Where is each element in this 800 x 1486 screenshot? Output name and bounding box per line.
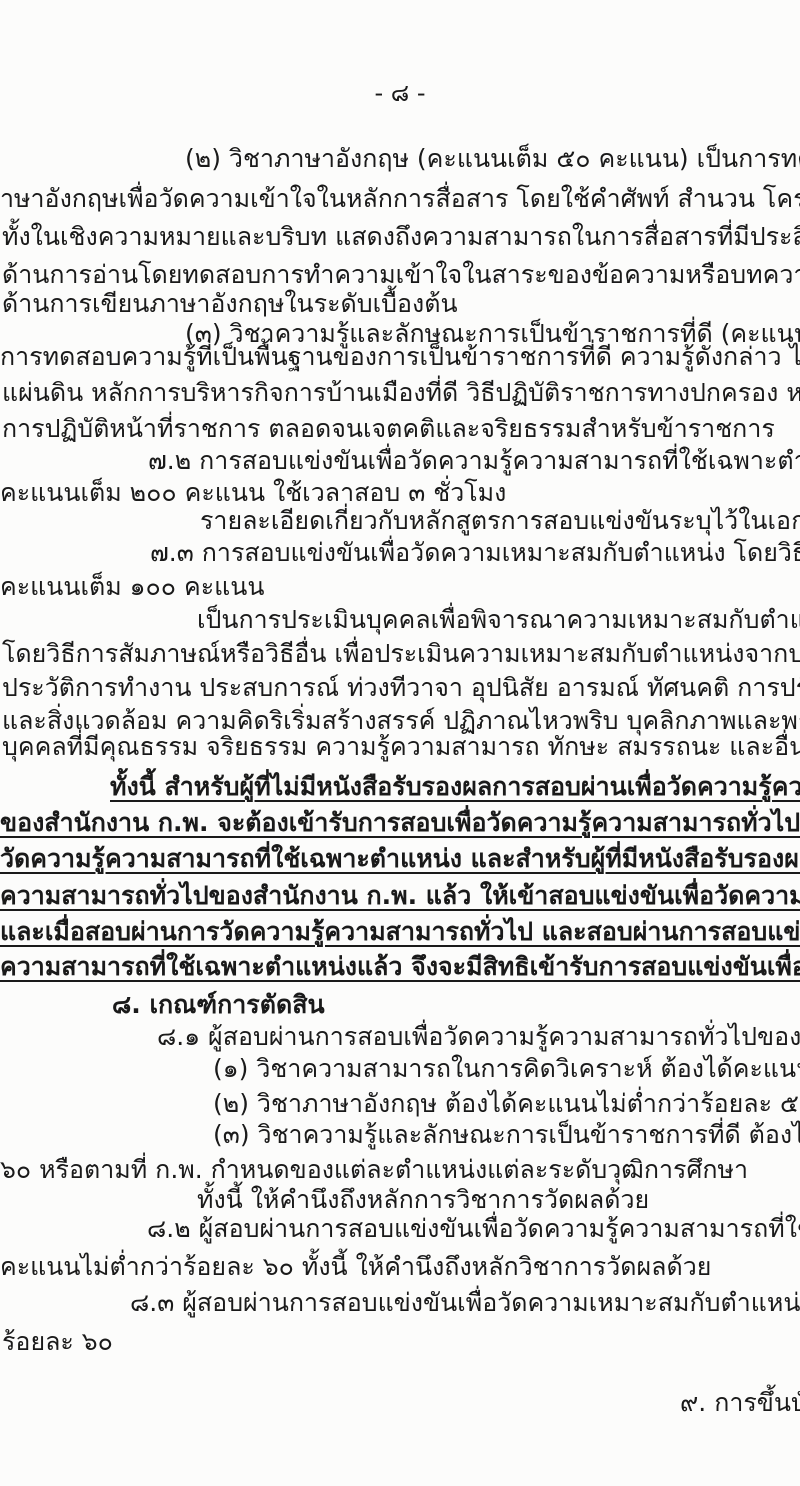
text-line: รายละเอียดเกี่ยวกับหลักสูตรการสอบแข่งขัน…	[200, 504, 800, 538]
text-line: ๖๐ หรือตามที่ ก.พ. กำหนดของแต่ละตำแหน่งแ…	[0, 1153, 748, 1187]
emphasized-line: ความสามารถที่ใช้เฉพาะตำแหน่งแล้ว จึงจะมี…	[0, 950, 800, 984]
clause-8-1-line: ๘.๑ ผู้สอบผ่านการสอบเพื่อวัดความรู้ความส…	[157, 1020, 800, 1054]
clause-7-3-line: ๗.๓ การสอบแข่งขันเพื่อวัดความเหมาะสมกับต…	[150, 536, 800, 570]
subitem-line: (๒) วิชาภาษาอังกฤษ ต้องได้คะแนนไม่ต่ำกว่…	[213, 1087, 800, 1121]
emphasized-line: ความสามารถทั่วไปของสำนักงาน ก.พ. แล้ว ให…	[0, 879, 800, 913]
text-line: คะแนนไม่ต่ำกว่าร้อยละ ๖๐ ทั้งนี้ ให้คำนึ…	[0, 1250, 711, 1284]
page-number: - ๘ -	[0, 76, 800, 110]
text-line: การปฏิบัติหน้าที่ราชการ ตลอดจนเจตคติและจ…	[2, 412, 775, 446]
text-line: ร้อยละ ๖๐	[2, 1325, 113, 1359]
text-line: ด้านการเขียนภาษาอังกฤษในระดับเบื้องต้น	[2, 287, 458, 321]
text-line: คะแนนเต็ม ๑๐๐ คะแนน	[0, 570, 264, 604]
emphasized-line: ของสำนักงาน ก.พ. จะต้องเข้ารับการสอบเพื่…	[0, 806, 800, 840]
text-line: าษาอังกฤษเพื่อวัดความเข้าใจในหลักการสื่อ…	[0, 182, 800, 216]
scanned-document-page: - ๘ - (๒) วิชาภาษาอังกฤษ (คะแนนเต็ม ๕๐ ค…	[0, 0, 800, 1486]
emphasized-line: ทั้งนี้ สำหรับผู้ที่ไม่มีหนังสือรับรองผล…	[110, 770, 800, 804]
text-line: แผ่นดิน หลักการบริหารกิจการบ้านเมืองที่ด…	[2, 376, 800, 410]
text-line: ทั้งในเชิงความหมายและบริบท แสดงถึงความสา…	[2, 220, 800, 254]
clause-8-3-line: ๘.๓ ผู้สอบผ่านการสอบแข่งขันเพื่อวัดความเ…	[130, 1286, 800, 1320]
text-line: โดยวิธีการสัมภาษณ์หรือวิธีอื่น เพื่อประเ…	[2, 637, 800, 671]
emphasized-line: วัดความรู้ความสามารถที่ใช้เฉพาะตำแหน่ง แ…	[0, 842, 800, 876]
text-line: ประวัติการทำงาน ประสบการณ์ ท่วงทีวาจา อุ…	[2, 671, 800, 705]
emphasized-line: และเมื่อสอบผ่านการวัดความรู้ความสามารถทั…	[0, 915, 800, 949]
section-8-heading: ๘. เกณฑ์การตัดสิน	[112, 988, 325, 1022]
text-line: เป็นการประเมินบุคคลเพื่อพิจารณาความเหมาะ…	[197, 603, 800, 637]
clause-7-2-line: ๗.๒ การสอบแข่งขันเพื่อวัดความรู้ความสามา…	[148, 444, 800, 478]
text-line: บุคคลที่มีคุณธรรม จริยธรรม ความรู้ความสา…	[2, 730, 800, 764]
subitem-line: (๓) วิชาความรู้และลักษณะการเป็นข้าราชการ…	[213, 1118, 800, 1152]
clause-8-2-line: ๘.๒ ผู้สอบผ่านการสอบแข่งขันเพื่อวัดความร…	[147, 1212, 800, 1246]
subitem-line: (๑) วิชาความสามารถในการคิดวิเคราะห์ ต้อง…	[213, 1052, 800, 1086]
text-line: (๒) วิชาภาษาอังกฤษ (คะแนนเต็ม ๕๐ คะแนน) …	[185, 142, 800, 176]
next-section-title: ๙. การขึ้นบัญชี.	[680, 1386, 800, 1420]
text-line: การทดสอบความรู้ที่เป็นพื้นฐานของการเป็นข…	[0, 340, 800, 374]
